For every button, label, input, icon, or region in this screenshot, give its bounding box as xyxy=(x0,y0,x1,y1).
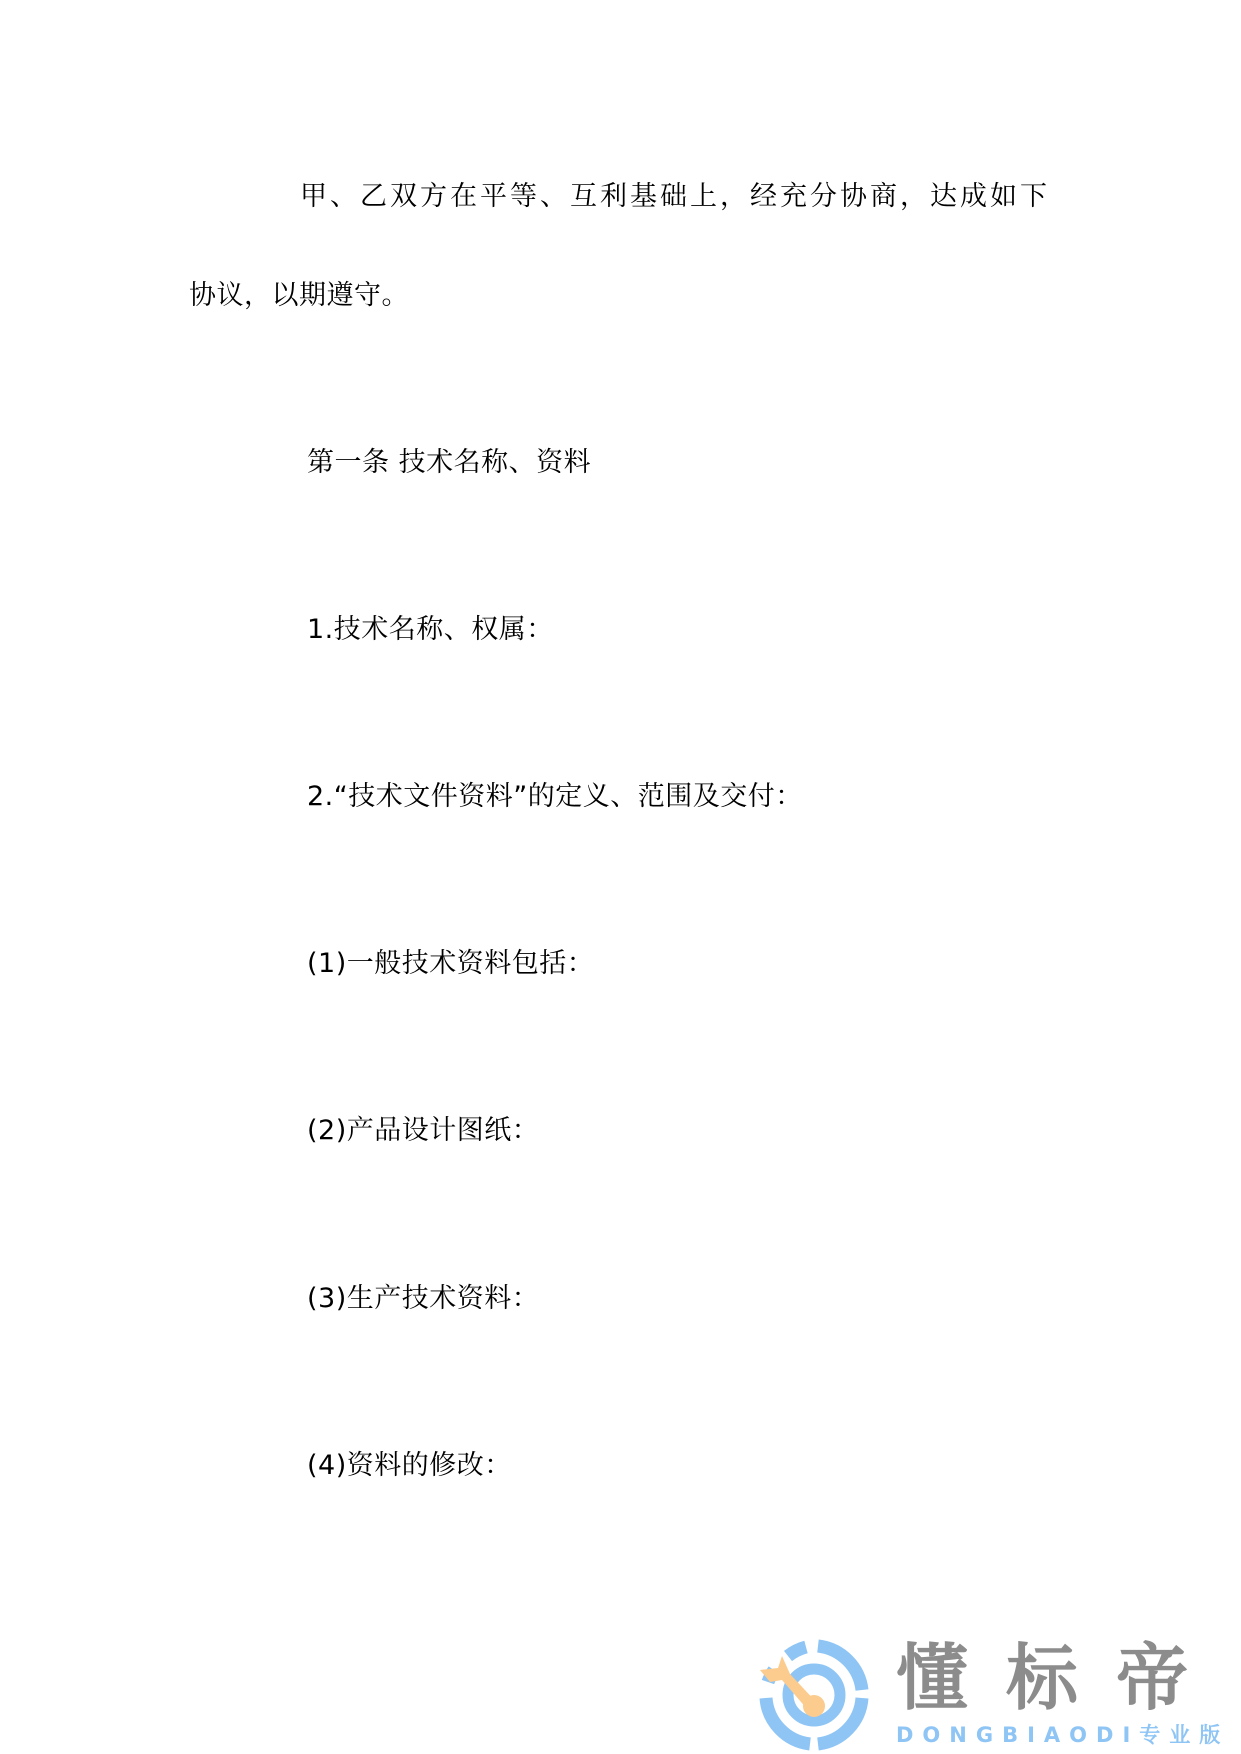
intro-paragraph-line-2: 协议，以期遵守。 xyxy=(189,279,409,313)
clause-subitem: (3)生产技术资料： xyxy=(307,1282,539,1316)
watermark-subtitle: DONGBIAODI专业版 xyxy=(896,1722,1229,1748)
watermark-brand: 懂标帝 xyxy=(896,1638,1226,1718)
clause-subitem: (2)产品设计图纸： xyxy=(307,1114,539,1148)
intro-paragraph-line-1: 甲、乙双方在平等、互利基础上，经充分协商，达成如下 xyxy=(300,180,1050,214)
clause-subitem: (4)资料的修改： xyxy=(307,1449,512,1483)
clause-item: 2.“技术文件资料”的定义、范围及交付： xyxy=(307,780,803,814)
document-page: 甲、乙双方在平等、互利基础上，经充分协商，达成如下 协议，以期遵守。 第一条 技… xyxy=(0,0,1241,1754)
clause-item: 1.技术名称、权属： xyxy=(307,613,554,647)
target-arrow-icon xyxy=(748,1634,878,1752)
watermark-logo: 懂标帝 DONGBIAODI专业版 xyxy=(748,1634,1228,1752)
clause-subitem: (1)一般技术资料包括： xyxy=(307,947,594,981)
article-title: 第一条 技术名称、资料 xyxy=(307,446,591,480)
